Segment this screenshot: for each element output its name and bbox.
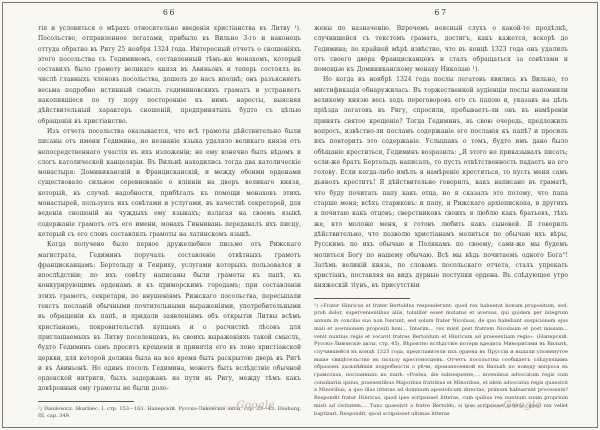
watermark-google-text: Google <box>236 400 275 411</box>
left-page-body: тія и условиться о мѣрахъ относительно в… <box>38 24 301 395</box>
scanned-book-spread: 66 тія и условиться о мѣрахъ относительн… <box>0 0 600 430</box>
right-page-body: жены по назначенію. Впрочемъ неясный слу… <box>314 24 568 292</box>
body-paragraph: Изъ отчета посольства оказывается, что в… <box>38 127 301 240</box>
right-page: 67 жены по назначенію. Впрочемъ неясный … <box>314 8 568 422</box>
watermark-prefix: Digitized by <box>471 404 501 409</box>
google-watermark: Digitized byGoogle <box>204 393 275 412</box>
left-page: 66 тія и условиться о мѣрахъ относительн… <box>38 8 301 422</box>
google-watermark: Digitized byGoogle <box>471 393 542 412</box>
page-number-left: 66 <box>38 8 301 17</box>
footnote-separator <box>38 401 134 402</box>
watermark-google-text: Google <box>503 400 542 411</box>
body-paragraph: Но когда въ ноябрѣ 1324 года послы легат… <box>314 75 568 291</box>
body-paragraph: жены по назначенію. Впрочемъ неясный слу… <box>314 24 568 75</box>
watermark-prefix: Digitized by <box>204 404 234 409</box>
body-paragraph: Когда получено было первое дружелюбное п… <box>38 240 301 394</box>
page-number-right: 67 <box>314 8 568 17</box>
footnote-separator <box>314 298 410 299</box>
body-paragraph: тія и условиться о мѣрахъ относительно в… <box>38 24 301 127</box>
